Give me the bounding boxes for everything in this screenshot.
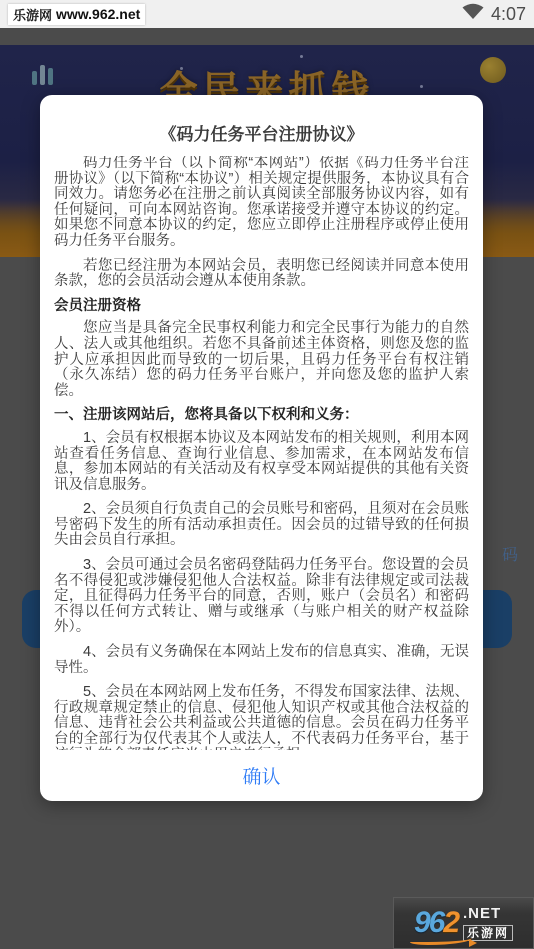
swoosh-arrow-icon	[410, 935, 472, 945]
watermark-net: .NET	[463, 906, 501, 921]
watermark-962: 962	[414, 908, 458, 938]
site-url: www.962.net	[56, 6, 140, 22]
agreement-modal: 《码力任务平台注册协议》 码力任务平台（以下简称“本网站”）依据《码力任务平台注…	[40, 95, 483, 801]
site-watermark-chip: 乐游网 www.962.net	[8, 4, 145, 25]
agreement-paragraph: 您应当是具备完全民事权利能力和完全民事行为能力的自然人、法人或其他组织。若您不具…	[54, 321, 469, 399]
agreement-paragraph: 1、会员有权根据本协议及本网站发布的相关规则，利用本网站查看任务信息、查询行业信…	[54, 431, 469, 493]
clock-time: 4:07	[491, 4, 526, 25]
confirm-button[interactable]: 确认	[242, 762, 280, 789]
phone-screen: 乐游网 www.962.net 4:07 全民来抓钱 码 《码力任务平台注	[0, 0, 534, 949]
site-logo-watermark: 962 .NET 乐游网	[393, 897, 534, 949]
confirm-row: 确认	[40, 750, 483, 801]
agreement-paragraph: 3、会员可通过会员名密码登陆码力任务平台。您设置的会员名不得侵犯或涉嫌侵犯他人合…	[54, 558, 469, 636]
agreement-heading: 会员注册资格	[54, 299, 469, 315]
agreement-title: 《码力任务平台注册协议》	[40, 120, 483, 145]
agreement-paragraph: 4、会员有义务确保在本网站上发布的信息真实、准确，无误导性。	[54, 645, 469, 676]
wifi-icon	[462, 3, 484, 25]
agreement-paragraph: 2、会员须自行负责自己的会员账号和密码，且须对在会员账号密码下发生的所有活动承担…	[54, 502, 469, 549]
agreement-paragraph: 若您已经注册为本网站会员，表明您已经阅读并同意本使用条款，您的会员活动会遵从本使…	[54, 259, 469, 290]
verify-code-link-fragment: 码	[502, 542, 518, 565]
site-label: 乐游网	[13, 5, 52, 24]
status-bar-right: 4:07	[462, 3, 526, 25]
agreement-paragraph: 码力任务平台（以下简称“本网站”）依据《码力任务平台注册协议》（以下简称“本协议…	[54, 156, 469, 250]
status-bar: 乐游网 www.962.net 4:07	[0, 0, 534, 28]
agreement-body[interactable]: 码力任务平台（以下简称“本网站”）依据《码力任务平台注册协议》（以下简称“本协议…	[54, 156, 469, 750]
agreement-paragraph: 5、会员在本网站网上发布任务，不得发布国家法律、法规、行政规章规定禁止的信息、侵…	[54, 685, 469, 750]
agreement-heading: 一、注册该网站后，您将具备以下权利和义务：	[54, 408, 469, 424]
